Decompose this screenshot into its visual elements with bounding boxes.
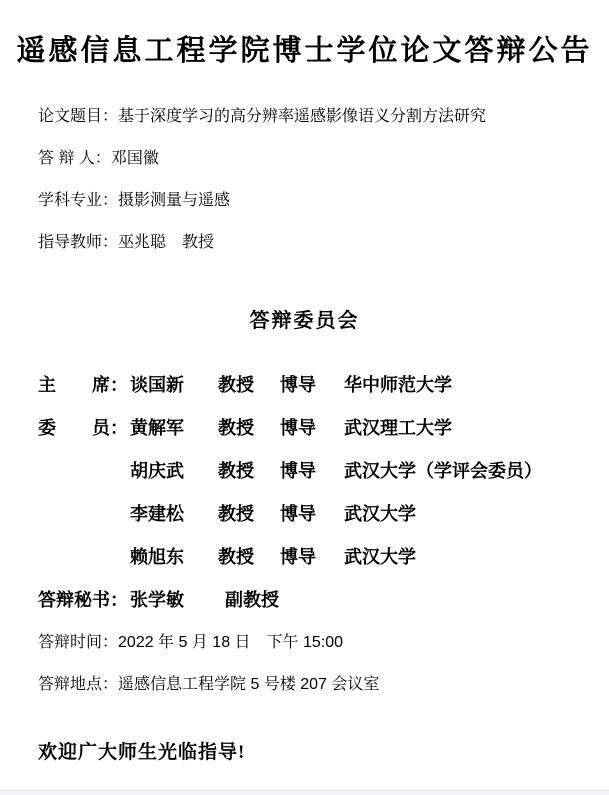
committee-row-member-2: 胡庆武 教授 博导 武汉大学（学评会委员） — [38, 450, 589, 493]
defense-location-line: 答辩地点：遥感信息工程学院 5 号楼 207 会议室 — [38, 664, 579, 706]
committee-row-member-1: 委 员： 黄解军 教授 博导 武汉理工大学 — [38, 407, 589, 450]
committee-role — [38, 450, 130, 493]
committee-member-title: 教授 — [218, 536, 280, 579]
defense-time-line: 答辩时间：2022 年 5 月 18 日 下午 15:00 — [38, 622, 579, 664]
committee-member-title: 教授 — [218, 493, 280, 536]
committee-role: 委 员： — [38, 407, 130, 450]
defense-location-label: 答辩地点： — [38, 676, 118, 693]
committee-member-affiliation: 华中师范大学 — [344, 364, 589, 407]
committee-member-name: 黄解军 — [130, 407, 218, 450]
committee-member-title: 教授 — [218, 364, 280, 407]
committee-member-title: 教授 — [218, 450, 280, 493]
committee-section: 主 席： 谈国新 教授 博导 华中师范大学 委 员： 黄解军 教授 博导 武汉理… — [0, 364, 609, 622]
committee-member-name: 赖旭东 — [130, 536, 218, 579]
committee-member-supervisor: 博导 — [280, 450, 344, 493]
committee-role — [38, 493, 130, 536]
committee-member-supervisor: 博导 — [280, 364, 344, 407]
major-value: 摄影测量与遥感 — [118, 192, 230, 209]
committee-member-supervisor: 博导 — [280, 536, 344, 579]
committee-member-affiliation: 武汉理工大学 — [344, 407, 589, 450]
committee-member-affiliation: 武汉大学（学评会委员） — [344, 450, 589, 493]
secretary-label: 答辩秘书： — [38, 579, 130, 622]
committee-row-chairman: 主 席： 谈国新 教授 博导 华中师范大学 — [38, 364, 589, 407]
committee-role — [38, 536, 130, 579]
defense-location-value: 遥感信息工程学院 5 号楼 207 会议室 — [118, 676, 379, 693]
defender-value: 邓国徽 — [111, 150, 159, 167]
committee-heading: 答辩委员会 — [0, 308, 609, 334]
committee-member-name: 胡庆武 — [130, 450, 218, 493]
thesis-title-line: 论文题目：基于深度学习的高分辨率遥感影像语义分割方法研究 — [38, 96, 579, 138]
thesis-title-label: 论文题目： — [38, 108, 118, 125]
committee-member-title: 教授 — [218, 407, 280, 450]
defense-time-label: 答辩时间： — [38, 634, 118, 651]
committee-member-supervisor: 博导 — [280, 493, 344, 536]
secretary-row: 答辩秘书： 张学敏 副教授 — [38, 579, 589, 622]
advisor-value: 巫兆聪 教授 — [118, 234, 214, 251]
advisor-label: 指导教师： — [38, 234, 118, 251]
document-title: 遥感信息工程学院博士学位论文答辩公告 — [10, 30, 599, 72]
welcome-message: 欢迎广大师生光临指导! — [0, 738, 609, 768]
major-label: 学科专业： — [38, 192, 118, 209]
logistics-section: 答辩时间：2022 年 5 月 18 日 下午 15:00 答辩地点：遥感信息工… — [0, 622, 609, 706]
secretary-title: 副教授 — [225, 579, 589, 622]
committee-member-affiliation: 武汉大学 — [344, 536, 589, 579]
committee-row-member-4: 赖旭东 教授 博导 武汉大学 — [38, 536, 589, 579]
defense-time-value: 2022 年 5 月 18 日 下午 15:00 — [118, 634, 343, 651]
thesis-title-value: 基于深度学习的高分辨率遥感影像语义分割方法研究 — [118, 108, 486, 125]
committee-member-name: 李建松 — [130, 493, 218, 536]
viewer-bottom-edge — [0, 790, 609, 795]
thesis-info-section: 论文题目：基于深度学习的高分辨率遥感影像语义分割方法研究 答 辩 人：邓国徽 学… — [0, 96, 609, 264]
committee-role: 主 席： — [38, 364, 130, 407]
committee-row-member-3: 李建松 教授 博导 武汉大学 — [38, 493, 589, 536]
secretary-name: 张学敏 — [130, 579, 225, 622]
defender-line: 答 辩 人：邓国徽 — [38, 138, 579, 180]
major-line: 学科专业：摄影测量与遥感 — [38, 180, 579, 222]
advisor-line: 指导教师：巫兆聪 教授 — [38, 222, 579, 264]
committee-member-name: 谈国新 — [130, 364, 218, 407]
defense-announcement-document: 遥感信息工程学院博士学位论文答辩公告 论文题目：基于深度学习的高分辨率遥感影像语… — [0, 0, 609, 795]
committee-member-affiliation: 武汉大学 — [344, 493, 589, 536]
committee-member-supervisor: 博导 — [280, 407, 344, 450]
defender-label: 答 辩 人： — [38, 150, 111, 167]
